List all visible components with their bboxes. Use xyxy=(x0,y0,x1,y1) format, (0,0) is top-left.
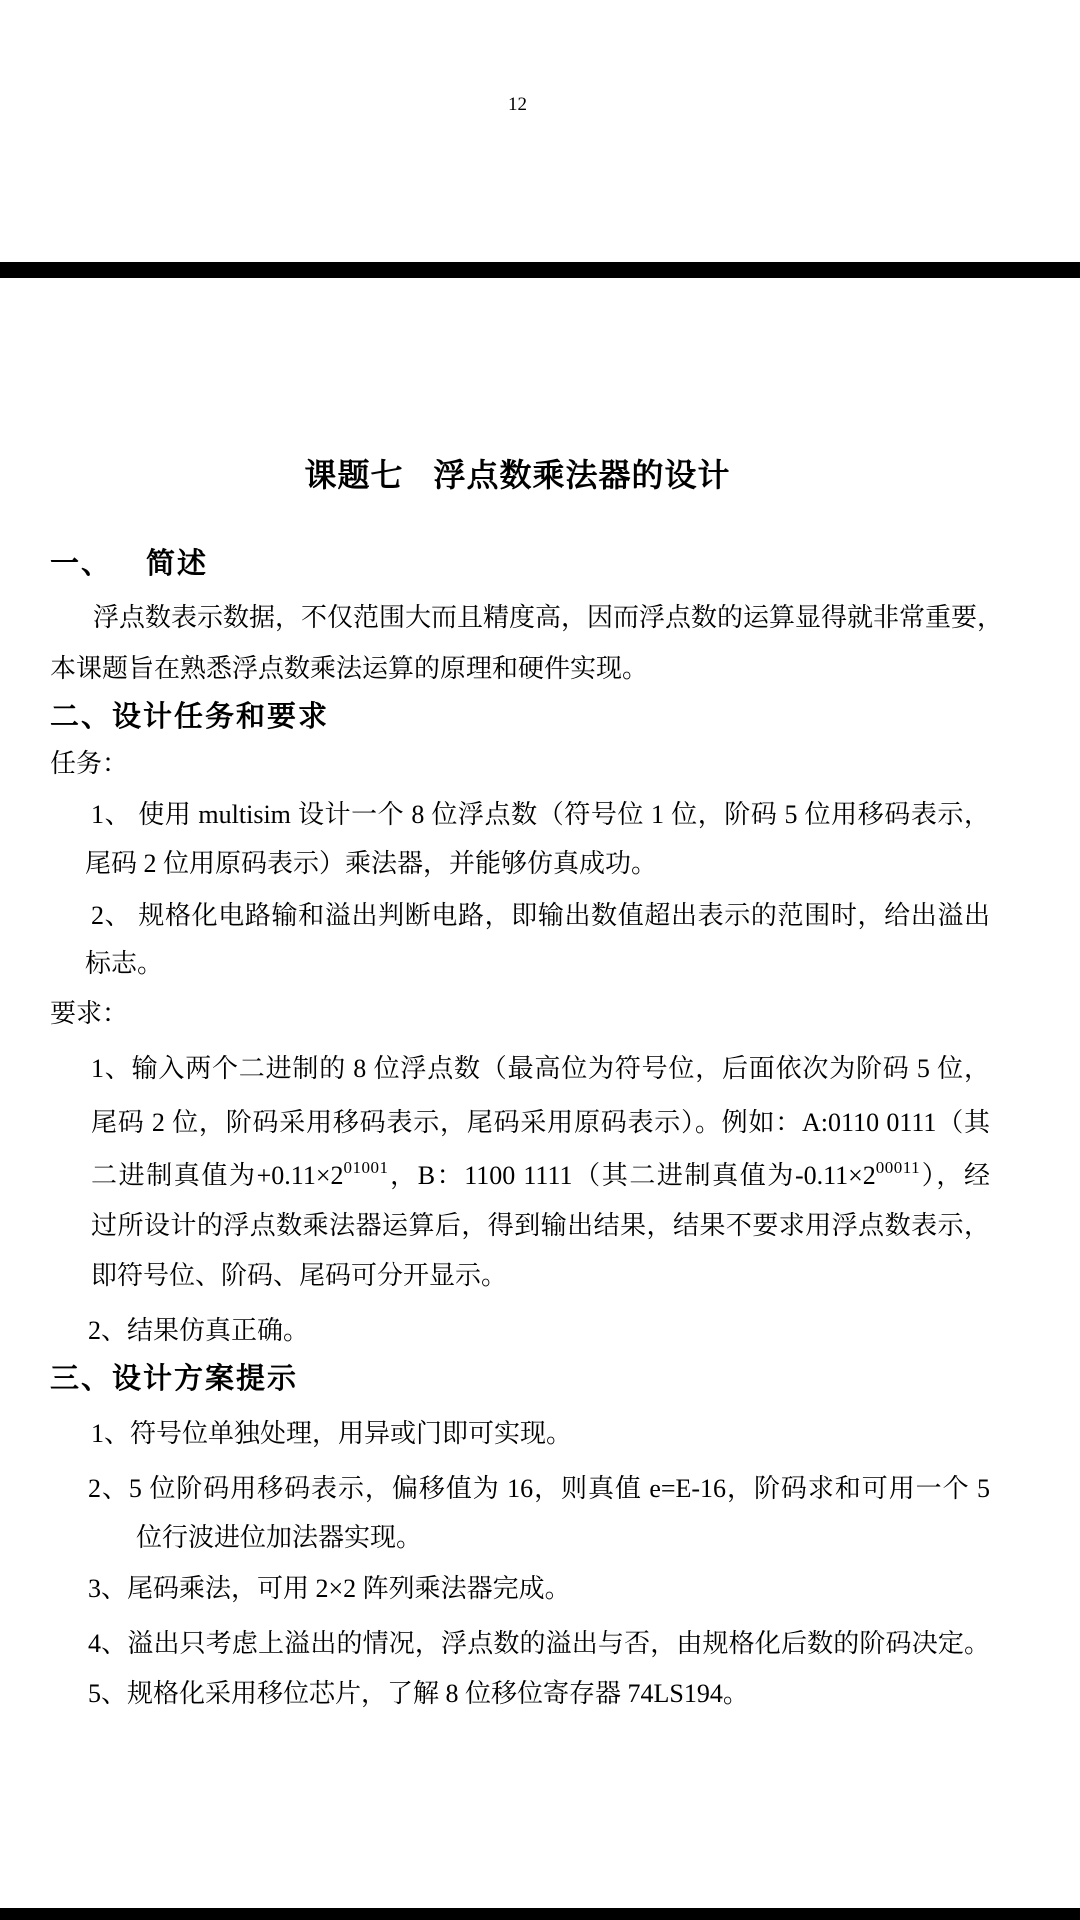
req-1-line-3-formula: 二进制真值为+0.11×201001，B：1100 1111（其二进制真值为-0… xyxy=(91,1162,990,1193)
doc-title-part2: 浮点数乘法器的设计 xyxy=(434,458,731,492)
hint-5-line: 5、规格化采用移位芯片，了解 8 位移位寄存器 74LS194。 xyxy=(88,1680,749,1708)
req-1-line-5: 即符号位、阶码、尾码可分开显示。 xyxy=(91,1262,507,1290)
requirements-label: 要求： xyxy=(50,1000,128,1028)
req-1-line-2: 尾码 2 位，阶码采用移码表示，尾码采用原码表示）。例如：A:0110 0111… xyxy=(91,1109,990,1137)
hint-4-line: 4、溢出只考虑上溢出的情况，浮点数的溢出与否，由规格化后数的阶码决定。 xyxy=(88,1630,990,1658)
page-number: 12 xyxy=(50,94,985,116)
formula-exponent-1: 01001 xyxy=(344,1158,389,1177)
tasks-label: 任务： xyxy=(50,750,128,778)
task-2-line-2: 标志。 xyxy=(85,950,163,978)
formula-exponent-2: 00011 xyxy=(876,1158,920,1177)
hint-2-line-1: 2、5 位阶码用移码表示，偏移值为 16，则真值 e=E-16，阶码求和可用一个… xyxy=(88,1475,990,1503)
page-break-bar-top xyxy=(0,262,1080,278)
task-2-line-1: 2、 规格化电路输和溢出判断电路，即输出数值超出表示的范围时，给出溢出 xyxy=(91,902,990,930)
section-heading-1: 一、简述 xyxy=(50,548,208,580)
formula-segment-3: ），经 xyxy=(920,1161,990,1190)
formula-segment-1: 二进制真值为+0.11×2 xyxy=(91,1161,344,1190)
intro-line-2: 本课题旨在熟悉浮点数乘法运算的原理和硬件实现。 xyxy=(50,655,648,683)
task-1-line-2: 尾码 2 位用原码表示）乘法器，并能够仿真成功。 xyxy=(85,850,657,878)
section-heading-2: 二、设计任务和要求 xyxy=(50,701,329,733)
doc-title: 课题七 浮点数乘法器的设计 xyxy=(50,458,985,492)
hint-2-line-2: 位行波进位加法器实现。 xyxy=(136,1524,422,1552)
document-page: 12 课题七 浮点数乘法器的设计 一、简述 浮点数表示数据，不仅范围大而且精度高… xyxy=(0,0,1080,1920)
section-1-label: 简述 xyxy=(146,548,208,580)
req-2-line: 2、结果仿真正确。 xyxy=(88,1317,309,1345)
section-1-number: 一、 xyxy=(50,548,112,580)
page-break-bar-bottom xyxy=(0,1908,1080,1920)
task-1-line-1: 1、 使用 multisim 设计一个 8 位浮点数（符号位 1 位，阶码 5 … xyxy=(91,801,990,829)
hint-1-line: 1、符号位单独处理，用异或门即可实现。 xyxy=(91,1420,572,1448)
req-1-line-4: 过所设计的浮点数乘法器运算后，得到输出结果，结果不要求用浮点数表示， xyxy=(91,1212,990,1240)
doc-title-part1: 课题七 xyxy=(304,458,403,492)
hint-3-line: 3、尾码乘法，可用 2×2 阵列乘法器完成。 xyxy=(88,1575,571,1603)
section-heading-3: 三、设计方案提示 xyxy=(50,1363,298,1395)
intro-line-1: 浮点数表示数据，不仅范围大而且精度高，因而浮点数的运算显得就非常重要， xyxy=(93,604,990,632)
req-1-line-1: 1、输入两个二进制的 8 位浮点数（最高位为符号位，后面依次为阶码 5 位， xyxy=(91,1055,990,1083)
formula-segment-2: ，B：1100 1111（其二进制真值为-0.11×2 xyxy=(389,1161,876,1190)
